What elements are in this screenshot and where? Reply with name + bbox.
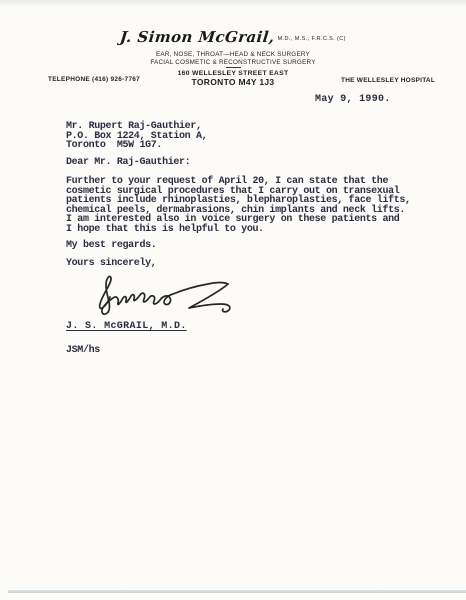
letter-page: J. Simon McGrail,M.D., M.S., F.R.C.S. (C…: [0, 0, 466, 600]
salutation: Dear Mr. Raj-Gauthier:: [66, 158, 190, 168]
doctor-name: J. Simon McGrail,: [119, 28, 275, 46]
letter-date: May 9, 1990.: [315, 95, 391, 105]
doctor-credentials: M.D., M.S., F.R.C.S. (C): [278, 36, 346, 42]
letterhead-divider: [226, 67, 241, 68]
letterhead-telephone: TELEPHONE (416) 926-7767: [48, 76, 140, 83]
signature-image: [93, 270, 251, 320]
scan-top-shade: [0, 0, 466, 7]
specialty-line-1: EAR, NOSE, THROAT—HEAD & NECK SURGERY: [0, 51, 466, 58]
body-paragraph: Further to your request of April 20, I c…: [66, 177, 411, 235]
body-line-6: I hope that this is helpful to you.: [66, 224, 264, 235]
signature-scrawl-main: [100, 276, 228, 314]
reference-initials: JSM/hs: [66, 346, 100, 356]
letterhead-hospital: THE WELLESLEY HOSPITAL: [341, 77, 435, 84]
letterhead-name-row: J. Simon McGrail,M.D., M.S., F.R.C.S. (C…: [0, 28, 466, 47]
scan-bottom-edge: [8, 590, 466, 593]
recipient-line-3: Toronto M5W 1G7.: [66, 140, 162, 151]
closing-sincerely: Yours sincerely,: [66, 259, 156, 269]
recipient-address-block: Mr. Rupert Raj-Gauthier, P.O. Box 1224, …: [66, 122, 207, 151]
specialty-line-2: FACIAL COSMETIC & RECONSTRUCTIVE SURGERY: [0, 59, 466, 66]
closing-regards: My best regards.: [66, 241, 156, 251]
signature-scrawl-flourish: [189, 284, 230, 312]
typed-signature-name: J. S. McGRAIL, M.D.: [66, 322, 187, 332]
